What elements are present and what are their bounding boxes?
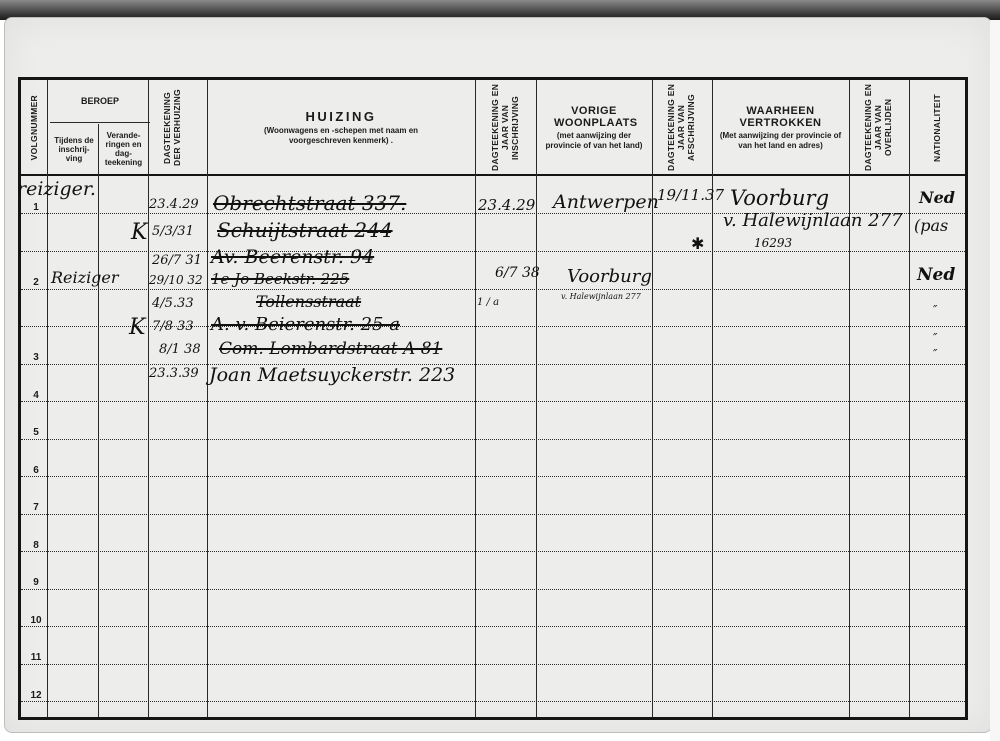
row-number: 4 [27, 390, 45, 401]
row-number: 9 [27, 577, 45, 588]
mark-k: K [131, 222, 147, 244]
col-line [148, 80, 149, 717]
nationaliteit-entry: Ned [919, 190, 955, 206]
row-line [21, 289, 965, 290]
header-volgnummer: VOLGNUMMER [21, 80, 47, 175]
vorige-woonplaats-sub: v. Halewijnlaan 277 [561, 293, 641, 301]
col-line [536, 80, 537, 717]
ditto-mark: ″ [933, 304, 937, 316]
row-line [21, 251, 965, 252]
row-number: 8 [27, 540, 45, 551]
header-label: WAARHEEN VERTROKKEN [731, 105, 831, 129]
header-sublabel: (Woonwagens en -schepen met naam en voor… [241, 126, 441, 146]
col-line [47, 80, 48, 717]
row-number: 6 [27, 465, 45, 476]
row-line [21, 701, 965, 702]
row-line [21, 626, 965, 627]
header-label: HUIZING [306, 109, 377, 124]
row-line [21, 664, 965, 665]
header-waarheen: WAARHEEN VERTROKKEN (Met aanwijzing der … [712, 80, 849, 175]
header-divider [50, 122, 150, 123]
header-dag-inschrijving: DAGTEEKENING EN JAAR VAN INSCHRIJVING [475, 80, 536, 175]
header-beroep: BEROEP [50, 80, 150, 122]
row-number: 5 [27, 427, 45, 438]
row-line [21, 401, 965, 402]
address-entry: Com. Lombardstraat A 81 [219, 341, 442, 358]
nationaliteit-entry: Ned [917, 267, 955, 284]
beroep-entry-1: reiziger. [17, 180, 96, 199]
inschrijving-date: 23.4.29 [478, 198, 535, 213]
row-line [21, 476, 965, 477]
verhuizing-date: 7/8 33 [152, 320, 194, 333]
verhuizing-date: 5/3/31 [152, 225, 194, 238]
row-number: 10 [27, 615, 45, 626]
beroep-entry-2: Reiziger [51, 270, 119, 286]
row-line [21, 551, 965, 552]
header-label: NATIONALITEIT [932, 94, 942, 162]
col-line [475, 80, 476, 717]
verhuizing-date: 8/1 38 [159, 343, 201, 356]
header-dag-overlijden: DAGTEEKENING EN JAAR VAN OVERLIJDEN [849, 80, 909, 175]
waarheen-entry: Voorburg [730, 188, 829, 209]
vorige-woonplaats-entry: Antwerpen [553, 193, 659, 212]
row-line [21, 364, 965, 365]
header-label: DAGTEEKENING DER VERHUIZING [162, 82, 194, 173]
header-dag-afschrijving: DAGTEEKENING EN JAAR VAN AFSCHRIJVING [652, 80, 712, 175]
header-huizing: HUIZING (Woonwagens en -schepen met naam… [207, 80, 475, 175]
address-entry: 1e Jo Beekstr. 225 [211, 272, 349, 287]
header-label: VORIGE WOONPLAATS [554, 105, 634, 129]
address-entry: A. v. Beierenstr. 25 a [211, 316, 400, 334]
col-line [712, 80, 713, 717]
header-veranderingen: Verande- ringen en dag- teekening [99, 124, 148, 174]
header-label: DAGTEEKENING EN JAAR VAN INSCHRIJVING [490, 82, 522, 173]
card-edge [990, 20, 1000, 741]
register-table: VOLGNUMMER BEROEP Tijdens de inschrij- v… [18, 77, 968, 720]
verhuizing-date: 23.3.39 [149, 367, 199, 380]
address-entry: Schuijtstraat 244 [217, 220, 393, 240]
col-line [207, 80, 208, 717]
verhuizing-date: 26/7 31 [152, 254, 202, 267]
header-tijdens: Tijdens de inschrij- ving [50, 124, 98, 174]
row-number: 3 [27, 352, 45, 363]
row-number: 12 [27, 690, 45, 701]
address-entry: Tollensstraat [256, 294, 361, 310]
col-line [652, 80, 653, 717]
verhuizing-date: 29/10 32 [149, 274, 203, 286]
inschrijving-date: 6/7 38 [495, 266, 540, 280]
address-superscript: 1 / a [477, 298, 499, 308]
row-number: 2 [27, 277, 45, 288]
ditto-mark: ″ [933, 348, 937, 360]
header-label: DAGTEEKENING EN JAAR VAN OVERLIJDEN [863, 82, 895, 173]
address-entry: Joan Maetsuyckerstr. 223 [209, 366, 455, 385]
col-line [909, 80, 910, 717]
header-nationaliteit: NATIONALITEIT [909, 80, 965, 175]
col-line [849, 80, 850, 717]
header-dag-verhuizing: DAGTEEKENING DER VERHUIZING [148, 80, 207, 175]
row-number: 1 [27, 202, 45, 213]
row-line [21, 589, 965, 590]
afschrijving-date: 19/11.37 [657, 188, 724, 203]
waarheen-entry: 16293 [754, 237, 792, 249]
header-label: DAGTEEKENING EN JAAR VAN AFSCHRIJVING [666, 82, 698, 173]
verhuizing-date: 23.4.29 [149, 198, 199, 211]
vorige-woonplaats-entry: Voorburg [567, 268, 652, 286]
row-line [21, 514, 965, 515]
header-vorige-woonplaats: VORIGE WOONPLAATS (met aanwijzing der pr… [536, 80, 652, 175]
address-entry: Av. Beerenstr. 94 [211, 248, 374, 267]
asterisk-mark-icon: ✱ [691, 234, 704, 253]
row-number: 11 [27, 652, 45, 663]
nationaliteit-entry: (pas [914, 218, 948, 234]
waarheen-entry: v. Halewijnlaan 277 [723, 212, 903, 230]
mark-k: K [129, 317, 145, 339]
ditto-mark: ″ [933, 332, 937, 344]
header-sublabel: (Met aanwijzing der provincie of van het… [718, 131, 843, 151]
header-label: VOLGNUMMER [29, 95, 39, 160]
row-line [21, 439, 965, 440]
row-number: 7 [27, 502, 45, 513]
verhuizing-date: 4/5.33 [152, 297, 194, 310]
address-entry: Obrechtstraat 337. [213, 193, 406, 213]
header-sublabel: (met aanwijzing der provincie of van het… [544, 131, 644, 151]
